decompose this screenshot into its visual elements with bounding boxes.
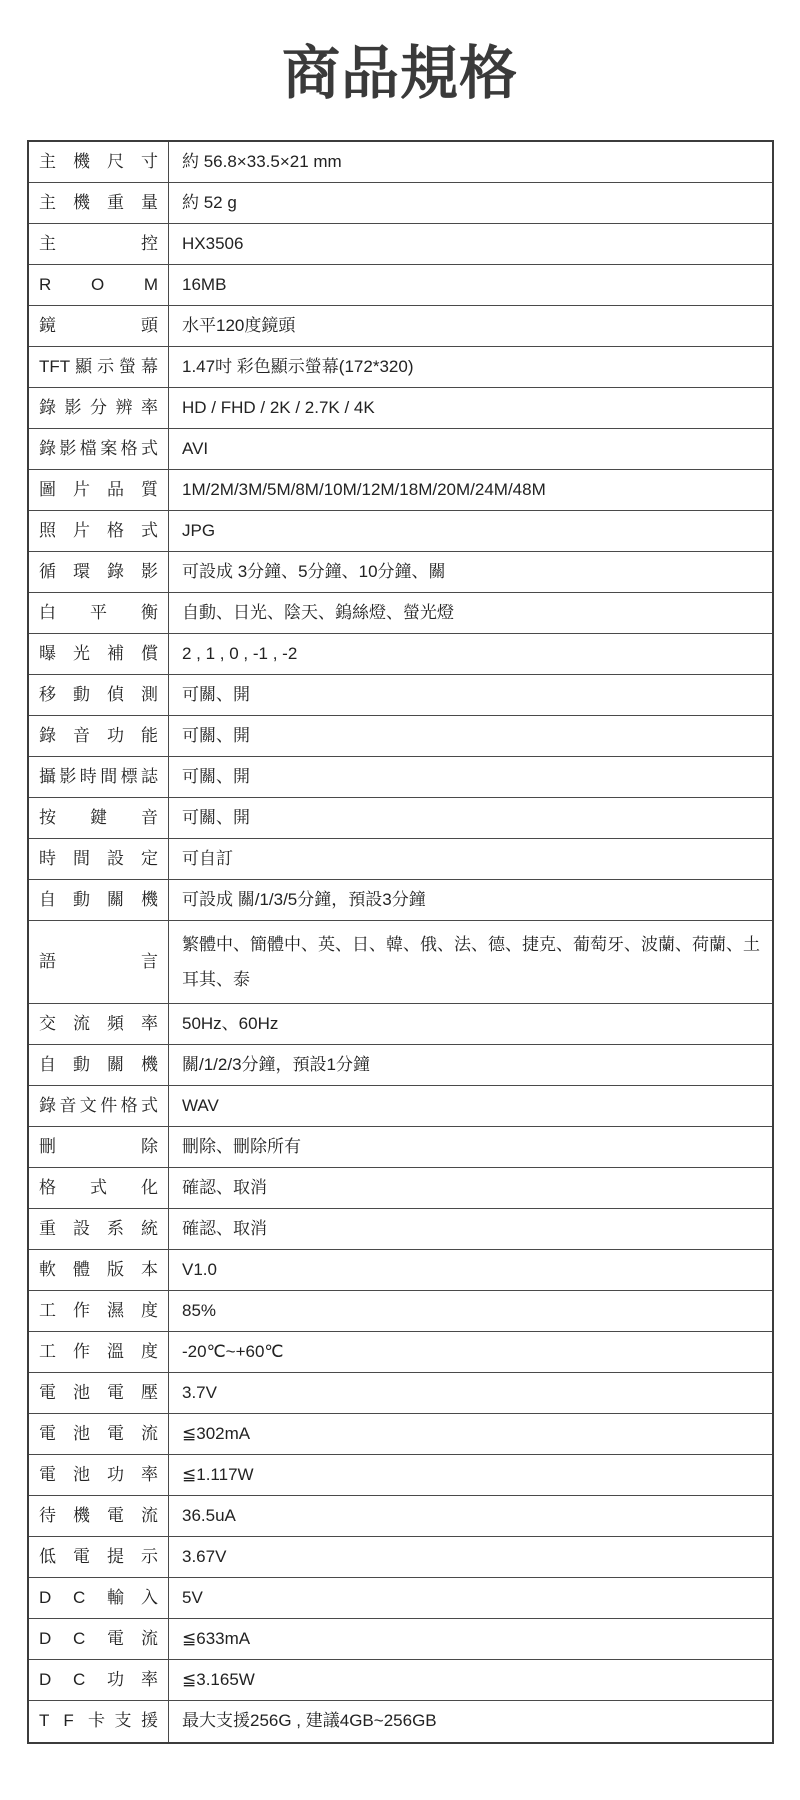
spec-label: 格式化 [39,1178,158,1198]
table-row: D C 電流≦633mA [29,1619,772,1660]
table-row: 自動關機關/1/2/3分鐘，預設1分鐘 [29,1045,772,1086]
table-row: 照片格式JPG [29,511,772,552]
spec-value: 刪除、刪除所有 [169,1129,772,1166]
spec-label: 工作濕度 [39,1301,158,1321]
spec-value: 36.5uA [169,1498,772,1535]
spec-value: 可關、開 [169,718,772,755]
table-row: 軟體版本V1.0 [29,1250,772,1291]
spec-value: 可自訂 [169,841,772,878]
table-row: D C 功率≦3.165W [29,1660,772,1701]
table-row: 白平衡自動、日光、陰天、鎢絲燈、螢光燈 [29,593,772,634]
spec-value: HD / FHD / 2K / 2.7K / 4K [169,390,772,427]
spec-label-cell: 自動關機 [29,880,169,920]
spec-label: 主控 [39,234,158,254]
spec-value: 1.47吋 彩色顯示螢幕(172*320) [169,349,772,386]
spec-label: T F 卡支援 [39,1711,158,1731]
table-row: 待機電流36.5uA [29,1496,772,1537]
spec-label: 低電提示 [39,1547,158,1567]
spec-label: D C 功率 [39,1670,158,1690]
spec-label-cell: 攝影時間標誌 [29,757,169,797]
spec-value: -20℃~+60℃ [169,1334,772,1371]
spec-label: 時間設定 [39,849,158,869]
spec-label-cell: 交流頻率 [29,1004,169,1044]
spec-label-cell: 工作溫度 [29,1332,169,1372]
table-row: 時間設定可自訂 [29,839,772,880]
spec-value: AVI [169,431,772,468]
table-row: R O M16MB [29,265,772,306]
spec-label: 循環錄影 [39,562,158,582]
spec-label-cell: 時間設定 [29,839,169,879]
spec-label-cell: 低電提示 [29,1537,169,1577]
spec-label: 照片格式 [39,521,158,541]
table-row: 按鍵音可關、開 [29,798,772,839]
spec-label: 主機尺寸 [39,152,158,172]
spec-label-cell: 自動關機 [29,1045,169,1085]
table-row: 主機尺寸約 56.8×33.5×21 mm [29,142,772,183]
spec-label-cell: 錄音功能 [29,716,169,756]
spec-label: 電池電流 [39,1424,158,1444]
spec-label: 電池功率 [39,1465,158,1485]
spec-value: 約 52 g [169,185,772,222]
spec-label: 錄音功能 [39,726,158,746]
spec-label: 錄影分辨率 [39,398,158,418]
spec-label-cell: 語言 [29,921,169,1003]
spec-value: 1M/2M/3M/5M/8M/10M/12M/18M/20M/24M/48M [169,472,772,509]
table-row: T F 卡支援最大支援256G , 建議4GB~256GB [29,1701,772,1742]
spec-value: 自動、日光、陰天、鎢絲燈、螢光燈 [169,595,772,632]
table-row: 語言繁體中、簡體中、英、日、韓、俄、法、德、捷克、葡萄牙、波蘭、荷蘭、土耳其、泰 [29,921,772,1004]
spec-label: 交流頻率 [39,1014,158,1034]
spec-label-cell: 鏡頭 [29,306,169,346]
spec-value: 確認、取消 [169,1170,772,1207]
spec-value: 85% [169,1293,772,1330]
spec-value: 可設成 關/1/3/5分鐘，預設3分鐘 [169,882,772,919]
spec-value: 最大支援256G , 建議4GB~256GB [169,1703,772,1740]
spec-label-cell: 白平衡 [29,593,169,633]
spec-value: V1.0 [169,1252,772,1289]
spec-label-cell: 軟體版本 [29,1250,169,1290]
spec-label-cell: 照片格式 [29,511,169,551]
spec-label-cell: 曝光補償 [29,634,169,674]
spec-value: ≦302mA [169,1416,772,1453]
spec-label-cell: 重設系統 [29,1209,169,1249]
spec-label-cell: T F 卡支援 [29,1701,169,1742]
table-row: 錄音文件格式WAV [29,1086,772,1127]
spec-label-cell: 電池功率 [29,1455,169,1495]
spec-label: D C 電流 [39,1629,158,1649]
table-row: D C 輸入5V [29,1578,772,1619]
spec-label: 自動關機 [39,890,158,910]
table-row: 電池電壓3.7V [29,1373,772,1414]
spec-label: 工作溫度 [39,1342,158,1362]
spec-label-cell: 主機尺寸 [29,142,169,182]
spec-label: 電池電壓 [39,1383,158,1403]
spec-value: 2 , 1 , 0 , -1 , -2 [169,636,772,673]
table-row: 鏡頭水平120度鏡頭 [29,306,772,347]
spec-value: ≦3.165W [169,1662,772,1699]
spec-value: 關/1/2/3分鐘，預設1分鐘 [169,1047,772,1084]
spec-value: 可關、開 [169,677,772,714]
spec-label: R O M [39,275,158,295]
table-row: 曝光補償2 , 1 , 0 , -1 , -2 [29,634,772,675]
spec-value: 5V [169,1580,772,1617]
spec-label-cell: 格式化 [29,1168,169,1208]
table-row: 電池功率≦1.117W [29,1455,772,1496]
spec-label: 主機重量 [39,193,158,213]
table-row: 錄音功能可關、開 [29,716,772,757]
spec-sheet-page: 商品規格 主機尺寸約 56.8×33.5×21 mm主機重量約 52 g主控HX… [0,0,800,1800]
table-row: 刪除刪除、刪除所有 [29,1127,772,1168]
spec-value: 可設成 3分鐘、5分鐘、10分鐘、關 [169,554,772,591]
spec-label: D C 輸入 [39,1588,158,1608]
table-row: 主機重量約 52 g [29,183,772,224]
spec-value: 3.67V [169,1539,772,1576]
table-row: 錄影檔案格式AVI [29,429,772,470]
spec-label-cell: 循環錄影 [29,552,169,592]
table-row: 工作溫度-20℃~+60℃ [29,1332,772,1373]
spec-label: 待機電流 [39,1506,158,1526]
spec-value: 約 56.8×33.5×21 mm [169,144,772,181]
spec-label: 錄影檔案格式 [39,439,158,459]
table-row: 圖片品質1M/2M/3M/5M/8M/10M/12M/18M/20M/24M/4… [29,470,772,511]
table-row: 自動關機可設成 關/1/3/5分鐘，預設3分鐘 [29,880,772,921]
spec-label: TFT顯示螢幕 [39,357,158,377]
spec-value: 可關、開 [169,800,772,837]
spec-value: HX3506 [169,226,772,263]
spec-label-cell: D C 電流 [29,1619,169,1659]
spec-label: 鏡頭 [39,316,158,336]
spec-label-cell: 主控 [29,224,169,264]
spec-label: 圖片品質 [39,480,158,500]
table-row: 工作濕度85% [29,1291,772,1332]
spec-label: 自動關機 [39,1055,158,1075]
spec-label-cell: R O M [29,265,169,305]
table-row: 攝影時間標誌可關、開 [29,757,772,798]
spec-label: 刪除 [39,1137,158,1157]
table-row: 主控HX3506 [29,224,772,265]
spec-label-cell: 待機電流 [29,1496,169,1536]
spec-value: ≦1.117W [169,1457,772,1494]
spec-label-cell: 電池電壓 [29,1373,169,1413]
table-row: 錄影分辨率HD / FHD / 2K / 2.7K / 4K [29,388,772,429]
spec-label-cell: 主機重量 [29,183,169,223]
spec-value: JPG [169,513,772,550]
spec-value: 可關、開 [169,759,772,796]
spec-value: ≦633mA [169,1621,772,1658]
spec-label-cell: 按鍵音 [29,798,169,838]
table-row: 交流頻率50Hz、60Hz [29,1004,772,1045]
table-row: 循環錄影可設成 3分鐘、5分鐘、10分鐘、關 [29,552,772,593]
spec-label: 軟體版本 [39,1260,158,1280]
spec-label: 重設系統 [39,1219,158,1239]
spec-value: 繁體中、簡體中、英、日、韓、俄、法、德、捷克、葡萄牙、波蘭、荷蘭、土耳其、泰 [169,921,772,1003]
spec-label-cell: 電池電流 [29,1414,169,1454]
spec-table: 主機尺寸約 56.8×33.5×21 mm主機重量約 52 g主控HX3506R… [27,140,774,1744]
spec-label-cell: 工作濕度 [29,1291,169,1331]
spec-label-cell: TFT顯示螢幕 [29,347,169,387]
spec-label: 語言 [39,952,158,972]
table-row: 重設系統確認、取消 [29,1209,772,1250]
spec-label-cell: 錄影檔案格式 [29,429,169,469]
spec-label: 錄音文件格式 [39,1096,158,1116]
spec-label-cell: 移動偵測 [29,675,169,715]
spec-value: 水平120度鏡頭 [169,308,772,345]
spec-value: WAV [169,1088,772,1125]
spec-label: 白平衡 [39,603,158,623]
spec-label-cell: 錄影分辨率 [29,388,169,428]
spec-label-cell: 圖片品質 [29,470,169,510]
spec-label: 按鍵音 [39,808,158,828]
spec-label-cell: 錄音文件格式 [29,1086,169,1126]
table-row: 格式化確認、取消 [29,1168,772,1209]
table-row: 電池電流≦302mA [29,1414,772,1455]
spec-label-cell: D C 功率 [29,1660,169,1700]
table-row: 移動偵測可關、開 [29,675,772,716]
spec-label-cell: D C 輸入 [29,1578,169,1618]
spec-value: 50Hz、60Hz [169,1006,772,1043]
page-title: 商品規格 [0,0,800,103]
table-row: TFT顯示螢幕1.47吋 彩色顯示螢幕(172*320) [29,347,772,388]
spec-label: 曝光補償 [39,644,158,664]
table-row: 低電提示3.67V [29,1537,772,1578]
spec-value: 3.7V [169,1375,772,1412]
spec-value: 確認、取消 [169,1211,772,1248]
spec-label: 攝影時間標誌 [39,767,158,787]
spec-value: 16MB [169,267,772,304]
spec-label-cell: 刪除 [29,1127,169,1167]
spec-label: 移動偵測 [39,685,158,705]
